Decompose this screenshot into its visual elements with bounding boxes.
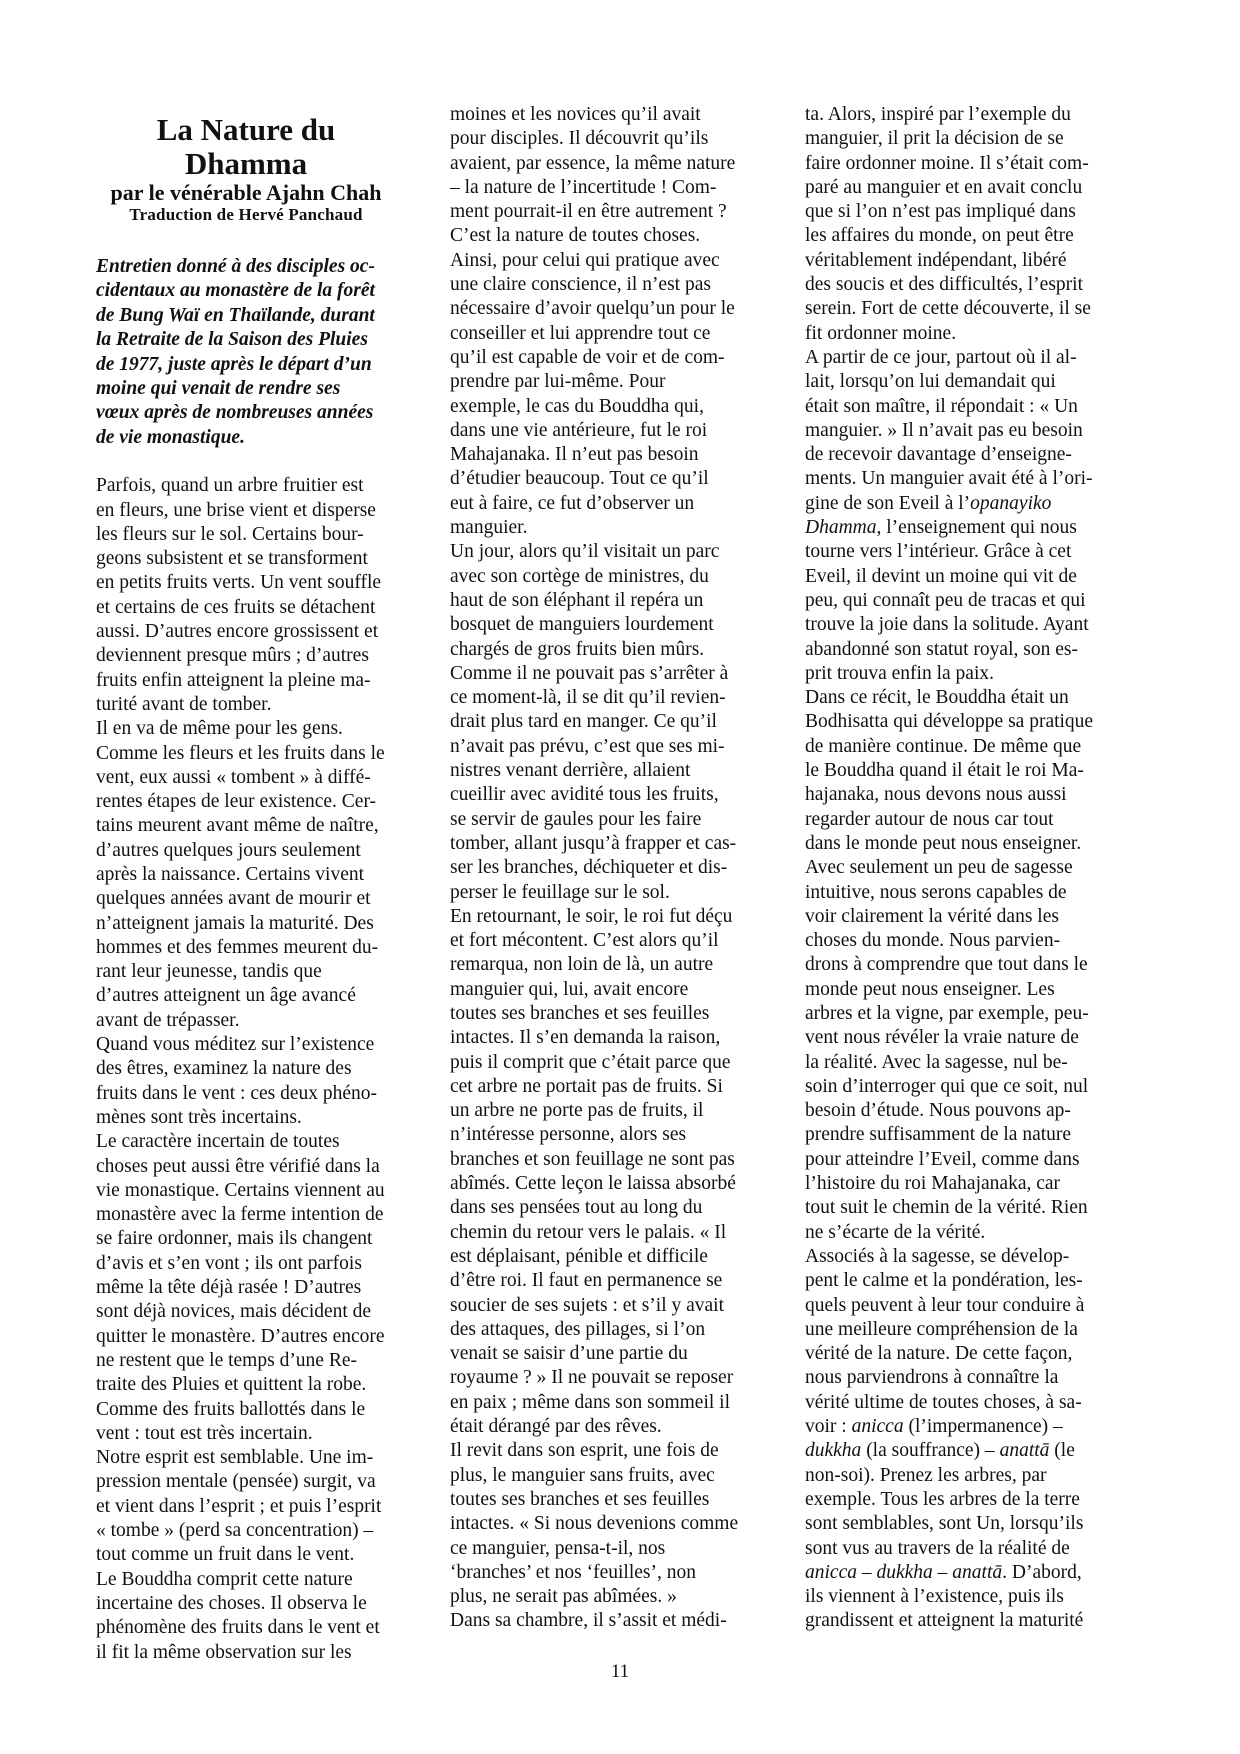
text-line: ta. Alors, inspiré par l’exemple du [805,103,1125,127]
text-line: dukkha (la souffrance) – anattā (le [805,1439,1125,1463]
text-line: « tombe » (perd sa concentration) – [96,1519,396,1543]
text-line: de recevoir davantage d’enseigne- [805,443,1125,467]
text-line: et fort mécontent. C’est alors qu’il [450,929,750,953]
text-line: besoin d’étude. Nous pouvons ap- [805,1099,1125,1123]
text-line: deviennent presque mûrs ; d’autres [96,644,396,668]
text-line: grandissent et atteignent la maturité [805,1609,1125,1633]
text-line: tains meurent avant même de naître, [96,814,396,838]
text-line: tomber, allant jusqu’à frapper et cas- [450,832,750,856]
pali-term: Dhamma [805,517,877,538]
text-line: vie monastique. Certains viennent au [96,1179,396,1203]
text-line: en fleurs, une brise vient et disperse [96,499,396,523]
text-line: vent : tout est très incertain. [96,1422,396,1446]
text-line: dans une vie antérieure, fut le roi [450,419,750,443]
text-line: venait se saisir d’une partie du [450,1342,750,1366]
text-line: prit trouva enfin la paix. [805,662,1125,686]
text-line: Il revit dans son esprit, une fois de [450,1439,750,1463]
text-line: que si l’on n’est pas impliqué dans [805,200,1125,224]
text-line: Bodhisatta qui développe sa pratique [805,710,1125,734]
text-line: geons subsistent et se transforment [96,547,396,571]
text-line: manguier qui, lui, avait encore [450,978,750,1002]
text-line: Comme il ne pouvait pas s’arrêter à [450,662,750,686]
text-line: n’intéresse personne, alors ses [450,1123,750,1147]
text-line: haut de son éléphant il repéra un [450,589,750,613]
text-line: abandonné son statut royal, son es- [805,638,1125,662]
text-line: était dérangé par des rêves. [450,1415,750,1439]
text-line: ments. Un manguier avait été à l’ori- [805,467,1125,491]
text-line: Dans sa chambre, il s’assit et médi- [450,1609,750,1633]
text-line: toutes ses branches et ses feuilles [450,1488,750,1512]
text-line: branches et son feuillage ne sont pas [450,1148,750,1172]
pali-term: anattā [1000,1440,1050,1461]
text-line: aussi. D’autres encore grossissent et [96,620,396,644]
article-title: La Nature du Dhamma [96,113,396,181]
text-line: sont semblables, sont Un, lorsqu’ils [805,1512,1125,1536]
text-line: Associés à la sagesse, se dévelop- [805,1245,1125,1269]
text-line: perser le feuillage sur le sol. [450,881,750,905]
text-line: exemple. Tous les arbres de la terre [805,1488,1125,1512]
text-line: qu’il est capable de voir et de com- [450,346,750,370]
text-line: choses du monde. Nous parvien- [805,929,1125,953]
text-line: de vie monastique. [96,426,396,450]
text-line: dans le monde peut nous enseigner. [805,832,1125,856]
text-line: de 1977, juste après le départ d’un [96,353,396,377]
text-line: chargés de gros fruits bien mûrs. [450,638,750,662]
text-line: manguier, il prit la décision de se [805,127,1125,151]
text-line: la Retraite de la Saison des Pluies [96,328,396,352]
text-line: dans ses pensées tout au long du [450,1196,750,1220]
text-line: cidentaux au monastère de la forêt [96,279,396,303]
text-line: de Bung Waï en Thaïlande, durant [96,304,396,328]
text-line: drons à comprendre que tout dans le [805,953,1125,977]
text-line: Ainsi, pour celui qui pratique avec [450,249,750,273]
text-line: Comme des fruits ballottés dans le [96,1398,396,1422]
text-line: non-soi). Prenez les arbres, par [805,1464,1125,1488]
text-line: conseiller et lui apprendre tout ce [450,322,750,346]
column-3-text: ta. Alors, inspiré par l’exemple dumangu… [805,103,1125,1634]
text-line: bosquet de manguiers lourdement [450,613,750,637]
text-line: l’histoire du roi Mahajanaka, car [805,1172,1125,1196]
text-line: nistres venant derrière, allaient [450,759,750,783]
text-line: fruits enfin atteignent la pleine ma- [96,669,396,693]
text-line: n’atteignent jamais la maturité. Des [96,912,396,936]
text-line: En retournant, le soir, le roi fut déçu [450,905,750,929]
text-line: lait, lorsqu’on lui demandait qui [805,370,1125,394]
text-line: en paix ; même dans son sommeil il [450,1391,750,1415]
text-line: de manière continue. De même que [805,735,1125,759]
text-line: tout suit le chemin de la vérité. Rien [805,1196,1125,1220]
text-line: pent le calme et la pondération, les- [805,1269,1125,1293]
text-line: nous parviendrons à connaître la [805,1366,1125,1390]
text-line: la réalité. Avec la sagesse, nul be- [805,1051,1125,1075]
text-line: une claire conscience, il n’est pas [450,273,750,297]
text-line: d’avis et s’en vont ; ils ont parfois [96,1252,396,1276]
text-line: vérité ultime de toutes choses, à sa- [805,1391,1125,1415]
text-line: se faire ordonner, mais ils changent [96,1227,396,1251]
article-byline: par le vénérable Ajahn Chah [96,181,396,205]
text-line: – la nature de l’incertitude ! Com- [450,176,750,200]
text-line: est déplaisant, pénible et difficile [450,1245,750,1269]
text-line: traite des Pluies et quittent la robe. [96,1373,396,1397]
text-line: et vient dans l’esprit ; et puis l’espri… [96,1495,396,1519]
text-line: trouve la joie dans la solitude. Ayant [805,613,1125,637]
text-line: Le Bouddha comprit cette nature [96,1568,396,1592]
text-line: tourne vers l’intérieur. Grâce à cet [805,540,1125,564]
text-line: C’est la nature de toutes choses. [450,224,750,248]
text-line: intactes. « Si nous devenions comme [450,1512,750,1536]
text-line: d’autres atteignent un âge avancé [96,984,396,1008]
text-line: anicca – dukkha – anattā. D’abord, [805,1561,1125,1585]
text-line: vœux après de nombreuses années [96,401,396,425]
text-line: monastère avec la ferme intention de [96,1203,396,1227]
text-line: gine de son Eveil à l’opanayiko [805,492,1125,516]
text-line: des êtres, examinez la nature des [96,1057,396,1081]
text-line: choses peut aussi être vérifié dans la [96,1155,396,1179]
text-line: Avec seulement un peu de sagesse [805,856,1125,880]
column-1-text: Parfois, quand un arbre fruitier esten f… [96,474,396,1665]
text-line: chemin du retour vers le palais. « Il [450,1221,750,1245]
text-line: rant leur jeunesse, tandis que [96,960,396,984]
text-line: d’autres quelques jours seulement [96,839,396,863]
text-line: intuitive, nous serons capables de [805,881,1125,905]
text-line: sont vus au travers de la réalité de [805,1537,1125,1561]
text-line: incertaine des choses. Il observa le [96,1592,396,1616]
text-line: Mahajanaka. Il n’eut pas besoin [450,443,750,467]
page-number: 11 [0,1661,1240,1683]
text-line: Parfois, quand un arbre fruitier est [96,474,396,498]
text-line: des soucis et des difficultés, l’esprit [805,273,1125,297]
article-translator: Traduction de Hervé Panchaud [96,205,396,225]
text-line: prendre par lui-même. Pour [450,370,750,394]
text-line: d’étudier beaucoup. Tout ce qu’il [450,467,750,491]
article-intro: Entretien donné à des disciples oc-ciden… [96,255,396,450]
text-line: remarqua, non loin de là, un autre [450,953,750,977]
text-line: toutes ses branches et ses feuilles [450,1002,750,1026]
text-line: ne s’écarte de la vérité. [805,1221,1125,1245]
text-line: plus, le manguier sans fruits, avec [450,1464,750,1488]
pali-term: dukkha [805,1440,861,1461]
text-line: voir clairement la vérité dans les [805,905,1125,929]
text-line: ‘branches’ et nos ‘feuilles’, non [450,1561,750,1585]
text-line: soin d’interroger qui que ce soit, nul [805,1075,1125,1099]
text-line: turité avant de tomber. [96,693,396,717]
text-line: pour atteindre l’Eveil, comme dans [805,1148,1125,1172]
text-line: drait plus tard en manger. Ce qu’il [450,710,750,734]
text-line: d’être roi. Il faut en permanence se [450,1269,750,1293]
text-line: nécessaire d’avoir quelqu’un pour le [450,297,750,321]
text-line: Un jour, alors qu’il visitait un parc [450,540,750,564]
text-line: faire ordonner moine. Il s’était com- [805,152,1125,176]
text-line: véritablement indépendant, libéré [805,249,1125,273]
text-line: fit ordonner moine. [805,322,1125,346]
text-line: après la naissance. Certains vivent [96,863,396,887]
text-line: ce moment-là, il se dit qu’il revien- [450,686,750,710]
text-line: manguier. » Il n’avait pas eu besoin [805,419,1125,443]
text-line: même la tête déjà rasée ! D’autres [96,1276,396,1300]
text-line: était son maître, il répondait : « Un [805,395,1125,419]
text-line: moine qui venait de rendre ses [96,377,396,401]
column-2: moines et les novices qu’il avaitpour di… [450,103,750,1634]
text-line: Dans ce récit, le Bouddha était un [805,686,1125,710]
text-line: hommes et des femmes meurent du- [96,936,396,960]
text-line: regarder autour de nous car tout [805,808,1125,832]
text-line: hajanaka, nous devons nous aussi [805,783,1125,807]
text-line: intactes. Il s’en demanda la raison, [450,1026,750,1050]
text-line: arbres et la vigne, par exemple, peu- [805,1002,1125,1026]
pali-term: anicca [852,1416,904,1437]
text-line: le Bouddha quand il était le roi Ma- [805,759,1125,783]
text-line: Eveil, il devint un moine qui vit de [805,565,1125,589]
text-line: peu, qui connaît peu de tracas et qui [805,589,1125,613]
text-line: les affaires du monde, on peut être [805,224,1125,248]
pali-term: opanayiko [970,493,1051,514]
text-line: plus, ne serait pas abîmées. » [450,1585,750,1609]
text-line: en petits fruits verts. Un vent souffle [96,571,396,595]
text-line: soucier de ses sujets : et s’il y avait [450,1294,750,1318]
text-line: ils viennent à l’existence, puis ils [805,1585,1125,1609]
text-line: tout comme un fruit dans le vent. [96,1543,396,1567]
text-line: puis il comprit que c’était parce que [450,1051,750,1075]
text-line: Il en va de même pour les gens. [96,717,396,741]
text-line: monde peut nous enseigner. Les [805,978,1125,1002]
text-line: Dhamma, l’enseignement qui nous [805,516,1125,540]
text-line: une meilleure compréhension de la [805,1318,1125,1342]
text-line: exemple, le cas du Bouddha qui, [450,395,750,419]
text-line: quels peuvent à leur tour conduire à [805,1294,1125,1318]
text-line: voir : anicca (l’impermanence) – [805,1415,1125,1439]
text-line: royaume ? » Il ne pouvait se reposer [450,1366,750,1390]
text-line: pression mentale (pensée) surgit, va [96,1470,396,1494]
text-line: quitter le monastère. D’autres encore [96,1325,396,1349]
text-line: se servir de gaules pour les faire [450,808,750,832]
text-line: mènes sont très incertains. [96,1106,396,1130]
text-line: avec son cortège de ministres, du [450,565,750,589]
text-line: prendre suffisamment de la nature [805,1123,1125,1147]
text-line: ment pourrait-il en être autrement ? [450,200,750,224]
text-line: vérité de la nature. De cette façon, [805,1342,1125,1366]
column-1: La Nature du Dhamma par le vénérable Aja… [96,103,396,1665]
text-line: eut à faire, ce fut d’observer un [450,492,750,516]
text-line: cet arbre ne portait pas de fruits. Si [450,1075,750,1099]
text-line: A partir de ce jour, partout où il al- [805,346,1125,370]
text-line: les fleurs sur le sol. Certains bour- [96,523,396,547]
text-line: Quand vous méditez sur l’existence [96,1033,396,1057]
text-line: quelques années avant de mourir et [96,887,396,911]
text-line: des attaques, des pillages, si l’on [450,1318,750,1342]
text-line: vent, eux aussi « tombent » à diffé- [96,766,396,790]
text-line: moines et les novices qu’il avait [450,103,750,127]
text-line: cueillir avec avidité tous les fruits, [450,783,750,807]
pali-term: anicca – dukkha – anattā [805,1562,1002,1583]
text-line: serein. Fort de cette découverte, il se [805,297,1125,321]
text-line: ce manguier, pensa-t-il, nos [450,1537,750,1561]
text-line: avaient, par essence, la même nature [450,152,750,176]
text-line: et certains de ces fruits se détachent [96,596,396,620]
text-line: paré au manguier et en avait conclu [805,176,1125,200]
text-line: manguier. [450,516,750,540]
text-line: fruits dans le vent : ces deux phéno- [96,1082,396,1106]
text-line: pour disciples. Il découvrit qu’ils [450,127,750,151]
text-line: ne restent que le temps d’une Re- [96,1349,396,1373]
text-line: rentes étapes de leur existence. Cer- [96,790,396,814]
text-line: Notre esprit est semblable. Une im- [96,1446,396,1470]
text-line: sont déjà novices, mais décident de [96,1300,396,1324]
text-line: avant de trépasser. [96,1009,396,1033]
text-line: Comme les fleurs et les fruits dans le [96,742,396,766]
text-line: Entretien donné à des disciples oc- [96,255,396,279]
column-3: ta. Alors, inspiré par l’exemple dumangu… [805,103,1125,1634]
text-line: Le caractère incertain de toutes [96,1130,396,1154]
column-2-text: moines et les novices qu’il avaitpour di… [450,103,750,1634]
text-line: n’avait pas prévu, c’est que ses mi- [450,735,750,759]
text-line: vent nous révéler la vraie nature de [805,1026,1125,1050]
text-line: abîmés. Cette leçon le laissa absorbé [450,1172,750,1196]
text-line: phénomène des fruits dans le vent et [96,1616,396,1640]
text-line: ser les branches, déchiqueter et dis- [450,856,750,880]
text-line: un arbre ne porte pas de fruits, il [450,1099,750,1123]
